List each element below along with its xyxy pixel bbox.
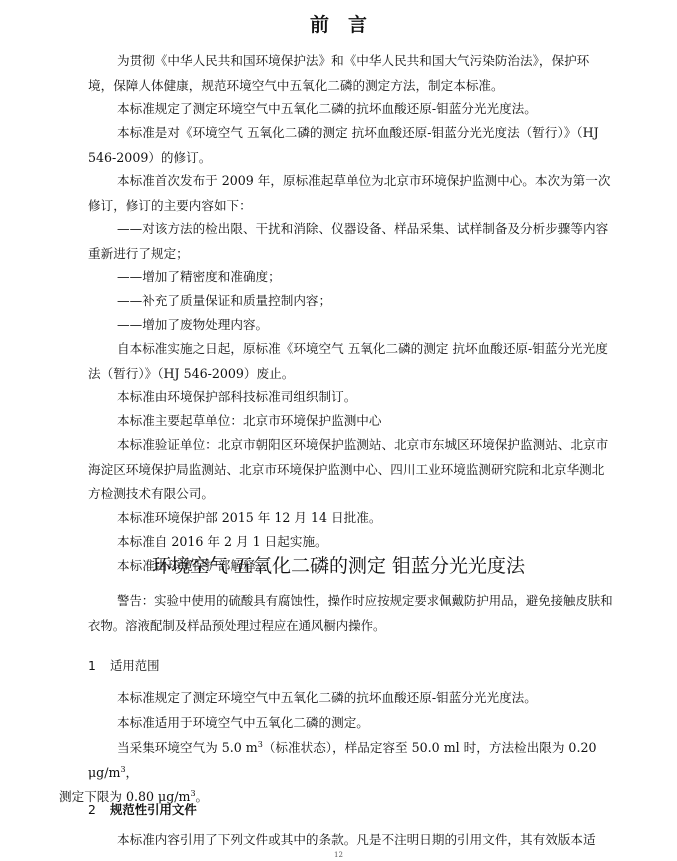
standard-title: 环境空气 五氧化二磷的测定 钼蓝分光光度法 [0,551,677,578]
foreword-paragraph: ——对该方法的检出限、干扰和消除、仪器设备、样品采集、试样制备及分析步骤等内容重… [88,217,611,266]
foreword-paragraph: 本标准验证单位：北京市朝阳区环境保护监测站、北京市东城区环境保护监测站、北京市海… [88,433,611,507]
foreword-paragraph: 本标准规定了测定环境空气中五氧化二磷的抗坏血酸还原-钼蓝分光光度法。 [88,97,611,122]
foreword-paragraph: 本标准主要起草单位：北京市环境保护监测中心 [88,409,611,434]
foreword-paragraph: 为贯彻《中华人民共和国环境保护法》和《中华人民共和国大气污染防治法》，保护环境，… [88,49,611,98]
foreword-paragraph: 本标准由环境保护部科技标准司组织制订。 [88,385,611,410]
foreword-paragraph: 本标准是对《环境空气 五氧化二磷的测定 抗坏血酸还原-钼蓝分光光度法（暂行）》（… [88,121,611,170]
section-number: 1 [88,658,110,673]
foreword-paragraph: ——增加了废物处理内容。 [88,313,611,338]
page-number: 12 [0,851,677,859]
section-heading-1: 1适用范围 [88,656,160,674]
foreword-paragraph: ——增加了精密度和准确度； [88,265,611,290]
section-title: 适用范围 [110,658,160,673]
section-paragraph: 本标准规定了测定环境空气中五氧化二磷的抗坏血酸还原-钼蓝分光光度法。 [88,686,611,711]
foreword-paragraph: ——补充了质量保证和质量控制内容； [88,289,611,314]
section-title: 规范性引用文件 [110,802,197,817]
section-number: 2 [88,802,110,817]
section-heading-2: 2规范性引用文件 [88,800,197,818]
warning-text: 警告：实验中使用的硫酸具有腐蚀性，操作时应按规定要求佩戴防护用品，避免接触皮肤和… [88,588,618,638]
detection-limit-paragraph: 当采集环境空气为 5.0 m3（标准状态），样品定容至 50.0 ml 时，方法… [88,736,611,810]
document-page: 前 言 为贯彻《中华人民共和国环境保护法》和《中华人民共和国大气污染防治法》，保… [0,0,677,861]
foreword-title: 前 言 [0,10,677,37]
foreword-paragraph: 本标准环境保护部 2015 年 12 月 14 日批准。 [88,506,611,531]
foreword-paragraph: 自本标准实施之日起，原标准《环境空气 五氧化二磷的测定 抗坏血酸还原-钼蓝分光光… [88,337,611,386]
section-paragraph: 本标准适用于环境空气中五氧化二磷的测定。 [88,711,611,736]
foreword-paragraph: 本标准首次发布于 2009 年，原标准起草单位为北京市环境保护监测中心。本次为第… [88,169,611,218]
section-paragraph: 本标准内容引用了下列文件或其中的条款。凡是不注明日期的引用文件，其有效版本适 [88,828,611,853]
